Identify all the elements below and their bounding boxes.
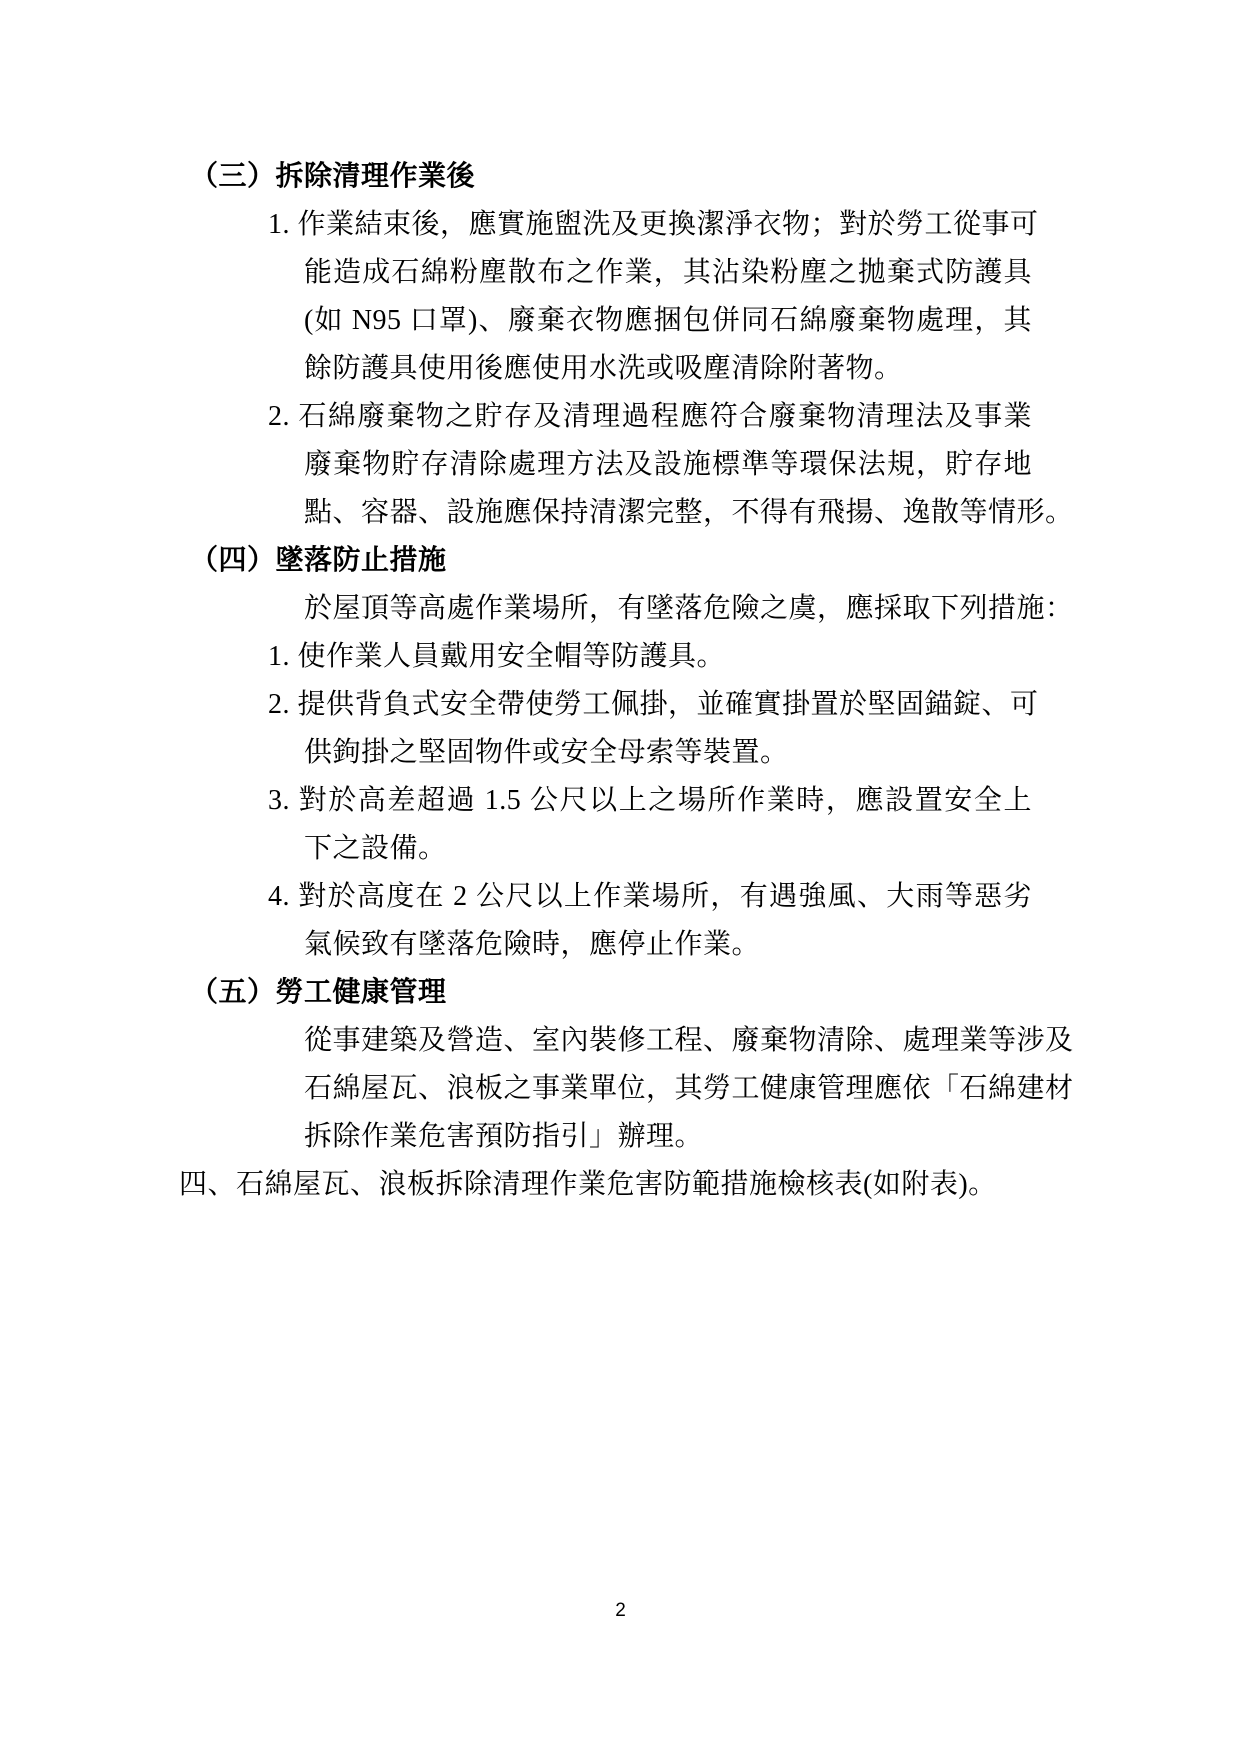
text-line: 拆除作業危害預防指引」辦理。 xyxy=(304,1113,1241,1161)
text-line: 下之設備。 xyxy=(304,825,1241,873)
text-line: 石綿屋瓦、浪板之事業單位，其勞工健康管理應依「石綿建材 xyxy=(304,1065,1032,1113)
text-line: 2. 提供背負式安全帶使勞工佩掛，並確實掛置於堅固錨錠、可 xyxy=(268,681,1032,729)
text-line: 餘防護具使用後應使用水洗或吸塵清除附著物。 xyxy=(304,345,1241,393)
page-number: 2 xyxy=(0,1598,1241,1624)
text-line: 3. 對於高差超過 1.5 公尺以上之場所作業時，應設置安全上 xyxy=(268,777,1032,825)
text-line: 2. 石綿廢棄物之貯存及清理過程應符合廢棄物清理法及事業 xyxy=(268,393,1032,441)
text-line: 四、石綿屋瓦、浪板拆除清理作業危害防範措施檢核表(如附表)。 xyxy=(179,1161,1241,1209)
text-line: 供鉤掛之堅固物件或安全母索等裝置。 xyxy=(304,729,1241,777)
document-page: （三）拆除清理作業後 1. 作業結束後，應實施盥洗及更換潔淨衣物；對於勞工從事可… xyxy=(0,153,1241,1209)
text-line: 廢棄物貯存清除處理方法及設施標準等環保法規，貯存地 xyxy=(304,441,1032,489)
section-heading-5: （五）勞工健康管理 xyxy=(190,969,1241,1017)
text-line: 能造成石綿粉塵散布之作業，其沾染粉塵之拋棄式防護具 xyxy=(304,249,1032,297)
text-line: 1. 作業結束後，應實施盥洗及更換潔淨衣物；對於勞工從事可 xyxy=(268,201,1032,249)
text-line: 氣候致有墜落危險時，應停止作業。 xyxy=(304,921,1241,969)
section-heading-3: （三）拆除清理作業後 xyxy=(190,153,1241,201)
text-line: (如 N95 口罩)、廢棄衣物應捆包併同石綿廢棄物處理，其 xyxy=(304,297,1032,345)
text-line: 點、容器、設施應保持清潔完整，不得有飛揚、逸散等情形。 xyxy=(304,489,1032,537)
text-line: 於屋頂等高處作業場所，有墜落危險之虞，應採取下列措施： xyxy=(304,585,1032,633)
text-line: 從事建築及營造、室內裝修工程、廢棄物清除、處理業等涉及 xyxy=(304,1017,1032,1065)
text-line: 4. 對於高度在 2 公尺以上作業場所，有遇強風、大雨等惡劣 xyxy=(268,873,1032,921)
text-line: 1. 使作業人員戴用安全帽等防護具。 xyxy=(268,633,1241,681)
section-heading-4: （四）墜落防止措施 xyxy=(190,537,1241,585)
